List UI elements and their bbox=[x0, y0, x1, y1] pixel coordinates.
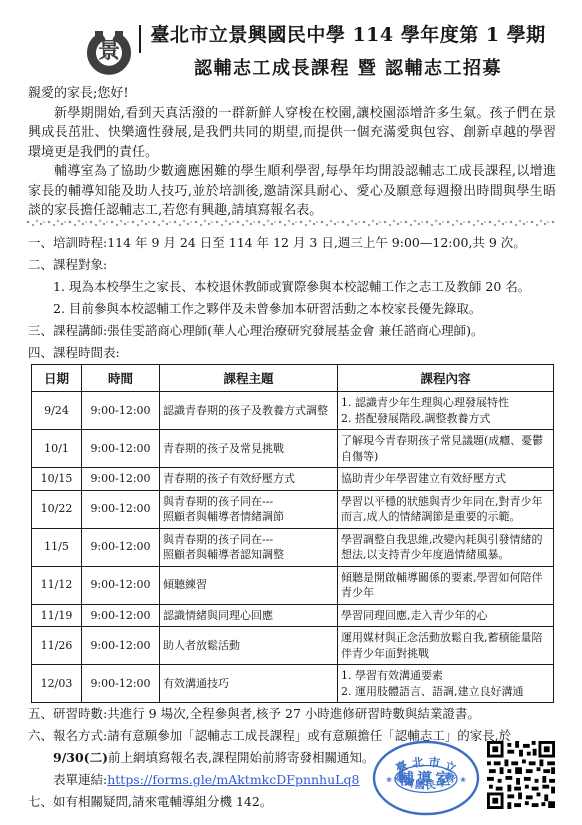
table-row: 11/12 9:00-12:00 傾聽練習 傾聽是開啟輔導關係的要素,學習如何陪… bbox=[32, 566, 554, 604]
section-2-item-2: 2. 目前參與本校認輔工作之夥伴及未曾參加本研習活動之本校家長優先錄取。 bbox=[28, 298, 560, 320]
section-4-title: 四、課程時間表: bbox=[28, 342, 560, 364]
intro-block: 親愛的家長;您好! 新學期開始,看到天真活潑的一群新鮮人穿梭在校園,讓校園添增許… bbox=[28, 84, 556, 221]
header: 景 臺北市立景興國民中學 114 學年度第 1 學期 認輔志工成長課程 暨 認輔… bbox=[0, 18, 582, 82]
document-title-line2: 認輔志工成長課程 暨 認輔志工招募 bbox=[142, 54, 554, 80]
cell-content: 學習同理回應,走入青少年的心 bbox=[338, 604, 554, 627]
form-link-label: 表單連結: bbox=[53, 772, 107, 787]
cell-topic: 有效溝通技巧 bbox=[160, 665, 338, 703]
cell-date: 12/03 bbox=[32, 665, 82, 703]
cell-date: 11/19 bbox=[32, 604, 82, 627]
cell-time: 9:00-12:00 bbox=[82, 430, 160, 468]
cell-content: 學習調整自我思維,改變內耗與引發情緒的想法,以支持青少年度過情緒風暴。 bbox=[338, 528, 554, 566]
cell-time: 9:00-12:00 bbox=[82, 468, 160, 491]
section-5-hours: 五、研習時數:共進行 9 場次,全程參與者,核予 27 小時進修研習時數與結業證… bbox=[28, 703, 560, 725]
cell-time: 9:00-12:00 bbox=[82, 490, 160, 528]
cell-content: 學習以平穩的狀態與青少年同在,對青少年而言,成人的情緒調節是重要的示範。 bbox=[338, 490, 554, 528]
cell-topic: 與青春期的孩子同在--- 照顧者與輔導者認知調整 bbox=[160, 528, 338, 566]
stamp-flower-right-icon: ❀ bbox=[460, 776, 466, 784]
col-header-time: 時間 bbox=[82, 365, 160, 392]
cell-topic: 認識情緒與同理心回應 bbox=[160, 604, 338, 627]
cell-date: 11/12 bbox=[32, 566, 82, 604]
cell-content: 協助青少年學習建立有效紓壓方式 bbox=[338, 468, 554, 491]
cell-date: 10/1 bbox=[32, 430, 82, 468]
cell-content: 運用媒材與正念活動放鬆自我,蓄積能量陪伴青少年面對挑戰 bbox=[338, 627, 554, 665]
cell-time: 9:00-12:00 bbox=[82, 566, 160, 604]
cell-date: 10/22 bbox=[32, 490, 82, 528]
decorative-dotted-divider bbox=[26, 219, 556, 227]
cell-date: 9/24 bbox=[32, 392, 82, 430]
logo-character: 景 bbox=[98, 38, 120, 64]
cell-date: 11/5 bbox=[32, 528, 82, 566]
col-header-topic: 課程主題 bbox=[160, 365, 338, 392]
cell-date: 11/26 bbox=[32, 627, 82, 665]
table-header-row: 日期 時間 課程主題 課程內容 bbox=[32, 365, 554, 392]
cell-time: 9:00-12:00 bbox=[82, 392, 160, 430]
counseling-office-stamp: 臺 北 市 立 景興國民中學 輔導室 ❀ ❀ bbox=[371, 739, 481, 817]
cell-content: 1. 學習有效溝通要素 2. 運用肢體語言、語調,建立良好溝通 bbox=[338, 665, 554, 703]
col-header-date: 日期 bbox=[32, 365, 82, 392]
cell-date: 10/15 bbox=[32, 468, 82, 491]
school-logo-icon: 景 bbox=[86, 20, 132, 78]
intro-paragraph-2: 輔導室為了協助少數適應困難的學生順利學習,每學年均開設認輔志工成長課程,以增進家… bbox=[28, 162, 556, 221]
table-row: 12/03 9:00-12:00 有效溝通技巧 1. 學習有效溝通要素 2. 運… bbox=[32, 665, 554, 703]
table-row: 10/1 9:00-12:00 青春期的孩子及常見挑戰 了解現今青春期孩子常見議… bbox=[32, 430, 554, 468]
table-row: 10/15 9:00-12:00 青春期的孩子有效紓壓方式 協助青少年學習建立有… bbox=[32, 468, 554, 491]
section-2-title: 二、課程對象: bbox=[28, 254, 560, 276]
greeting-line: 親愛的家長;您好! bbox=[28, 84, 556, 104]
table-row: 9/24 9:00-12:00 認識青春期的孩子及教養方式調整 1. 認識青少年… bbox=[32, 392, 554, 430]
cell-topic: 與青春期的孩子同在--- 照顧者與輔導者情緒調節 bbox=[160, 490, 338, 528]
stamp-flower-left-icon: ❀ bbox=[386, 776, 392, 784]
cell-content: 傾聽是開啟輔導關係的要素,學習如何陪伴青少年 bbox=[338, 566, 554, 604]
section-2-item-1: 1. 現為本校學生之家長、本校退休教師或實際參與本校認輔工作之志工及教師 20 … bbox=[28, 276, 560, 298]
intro-paragraph-1: 新學期開始,看到天真活潑的一群新鮮人穿梭在校園,讓校園添增許多生氣。孩子們在景興… bbox=[28, 104, 556, 163]
section-6-line2-rest: 前上網填寫報名表,課程開始前將寄發相關通知。 bbox=[108, 750, 374, 765]
cell-topic: 青春期的孩子及常見挑戰 bbox=[160, 430, 338, 468]
table-row: 11/26 9:00-12:00 助人者放鬆活動 運用媒材與正念活動放鬆自我,蓄… bbox=[32, 627, 554, 665]
cell-time: 9:00-12:00 bbox=[82, 528, 160, 566]
cell-time: 9:00-12:00 bbox=[82, 604, 160, 627]
section-1-training-schedule: 一、培訓時程:114 年 9 月 24 日至 114 年 12 月 3 日,週三… bbox=[28, 232, 560, 254]
course-schedule-table-wrap: 日期 時間 課程主題 課程內容 9/24 9:00-12:00 認識青春期的孩子… bbox=[31, 364, 553, 703]
table-row: 11/19 9:00-12:00 認識情緒與同理心回應 學習同理回應,走入青少年… bbox=[32, 604, 554, 627]
cell-content: 了解現今青春期孩子常見議題(成癮、憂鬱自傷等) bbox=[338, 430, 554, 468]
notice-page: 景 臺北市立景興國民中學 114 學年度第 1 學期 認輔志工成長課程 暨 認輔… bbox=[0, 0, 582, 825]
cell-topic: 認識青春期的孩子及教養方式調整 bbox=[160, 392, 338, 430]
cell-content: 1. 認識青少年生理與心理發展特性 2. 搭配發展階段,調整教養方式 bbox=[338, 392, 554, 430]
table-row: 10/22 9:00-12:00 與青春期的孩子同在--- 照顧者與輔導者情緒調… bbox=[32, 490, 554, 528]
section-3-instructor: 三、課程講師:張佳雯諮商心理師(華人心理治療研究發展基金會 兼任諮商心理師)。 bbox=[28, 320, 560, 342]
sections-1-4: 一、培訓時程:114 年 9 月 24 日至 114 年 12 月 3 日,週三… bbox=[28, 232, 560, 364]
course-schedule-table: 日期 時間 課程主題 課程內容 9/24 9:00-12:00 認識青春期的孩子… bbox=[31, 364, 554, 703]
cell-topic: 傾聽練習 bbox=[160, 566, 338, 604]
cell-time: 9:00-12:00 bbox=[82, 627, 160, 665]
table-row: 11/5 9:00-12:00 與青春期的孩子同在--- 照顧者與輔導者認知調整… bbox=[32, 528, 554, 566]
stamp-center-text: 輔導室 bbox=[398, 769, 454, 788]
deadline-date: 9/30(二) bbox=[53, 750, 108, 765]
header-divider-rule bbox=[139, 25, 141, 53]
col-header-content: 課程內容 bbox=[338, 365, 554, 392]
registration-qr-code bbox=[487, 741, 555, 809]
registration-form-link[interactable]: https://forms.gle/mAktmkcDFpnnhuLq8 bbox=[107, 772, 359, 787]
document-title-line1: 臺北市立景興國民中學 114 學年度第 1 學期 bbox=[142, 20, 554, 47]
cell-time: 9:00-12:00 bbox=[82, 665, 160, 703]
cell-topic: 助人者放鬆活動 bbox=[160, 627, 338, 665]
cell-topic: 青春期的孩子有效紓壓方式 bbox=[160, 468, 338, 491]
